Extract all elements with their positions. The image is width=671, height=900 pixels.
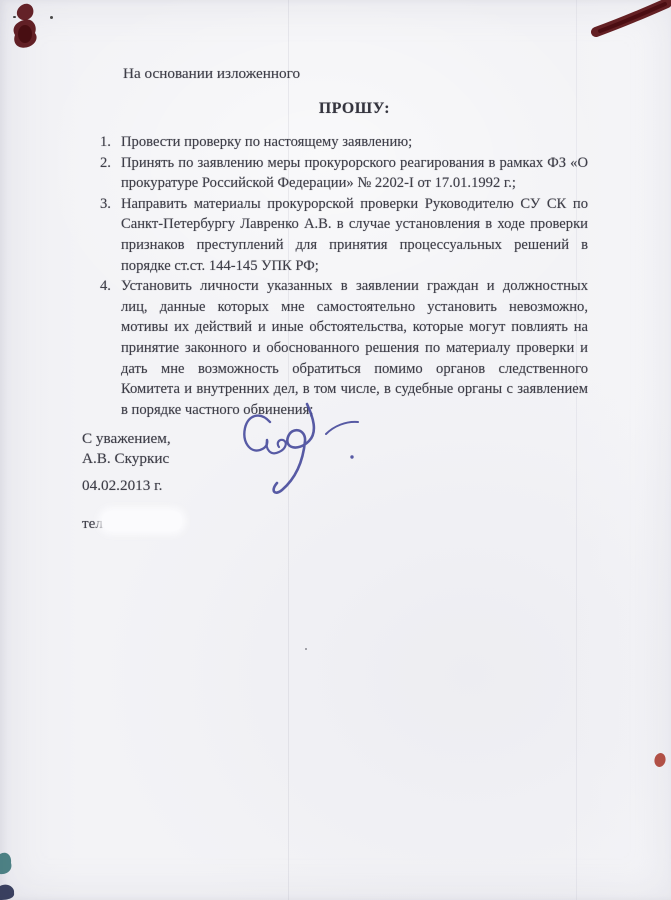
phone-redaction: [102, 511, 182, 531]
item-line: Принять по заявлению меры прокурорского …: [121, 153, 588, 174]
item-line: прокуратуре Российской Федерации» № 2202…: [121, 173, 588, 194]
item-line: Комитета и внутренних дел, в том числе, …: [121, 379, 588, 400]
item-line: мотивы их действий и иные обстоятельства…: [121, 317, 588, 338]
request-list: 1. Провести проверку по настоящему заявл…: [121, 132, 588, 420]
list-item-1: 1. Провести проверку по настоящему заявл…: [121, 132, 588, 153]
item-number: 1.: [100, 132, 111, 153]
signer-name: А.В. Скуркис: [82, 450, 169, 468]
request-heading: ПРОШУ:: [121, 100, 588, 118]
item-number: 4.: [100, 276, 111, 297]
dust-speck: [13, 16, 16, 18]
item-line: в порядке частного обвинения;: [121, 400, 588, 421]
item-line: признаков преступлений для принятия проц…: [121, 235, 588, 256]
dust-speck: [50, 16, 53, 19]
item-line: принятие законного и обоснованного решен…: [121, 338, 588, 359]
item-line: дать мне возможность обратиться помимо о…: [121, 359, 588, 380]
list-item-4: 4. Установить личности указанных в заявл…: [121, 276, 588, 420]
list-item-3: 3. Направить материалы прокурорской пров…: [121, 194, 588, 276]
salutation: С уважением,: [82, 430, 171, 448]
item-line: порядке ст.ст. 144-145 УПК РФ;: [121, 256, 588, 277]
item-line: Провести проверку по настоящему заявлени…: [121, 132, 588, 153]
list-item-2: 2. Принять по заявлению меры прокурорско…: [121, 153, 588, 194]
dust-speck: [305, 648, 307, 650]
item-number: 3.: [100, 194, 111, 215]
intro-line: На основании изложенного: [123, 65, 300, 83]
document-date: 04.02.2013 г.: [82, 477, 162, 495]
item-line: Санкт-Петербургу Лавренко А.В. в случае …: [121, 214, 588, 235]
item-line: лиц, данные которых мне самостоятельно у…: [121, 297, 588, 318]
item-line: Направить материалы прокурорской проверк…: [121, 194, 588, 215]
item-number: 2.: [100, 153, 111, 174]
item-line: Установить личности указанных в заявлени…: [121, 276, 588, 297]
